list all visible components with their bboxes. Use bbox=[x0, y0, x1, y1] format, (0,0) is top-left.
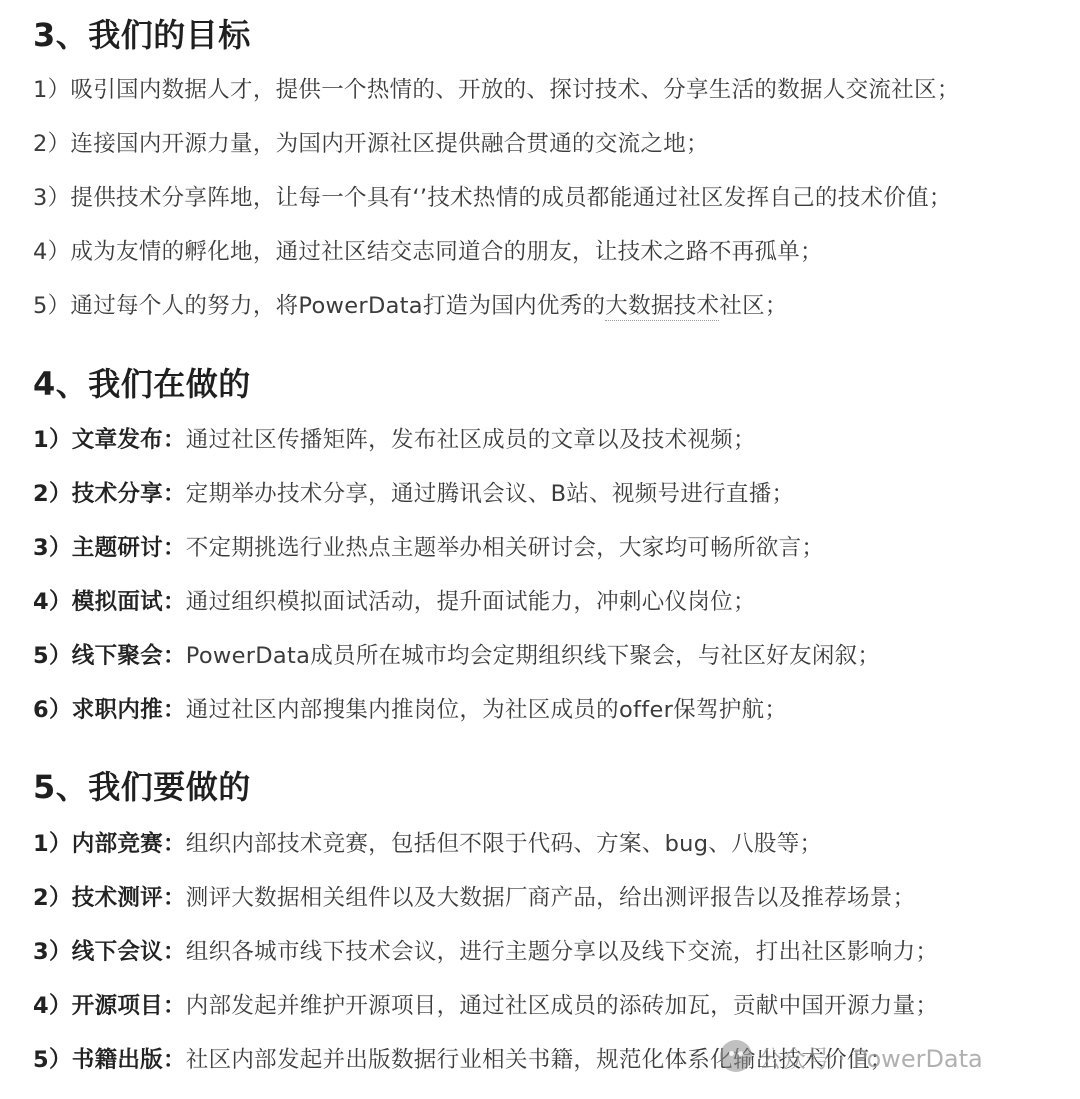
item-colon: ： bbox=[163, 643, 186, 669]
list-item: 5）线下聚会：PowerData成员所在城市均会定期组织线下聚会，与社区好友闲叙… bbox=[33, 629, 880, 683]
item-text: 连接国内开源力量，为国内开源社区提供融合贯通的交流之地； bbox=[70, 131, 708, 157]
item-number: 3） bbox=[33, 185, 70, 211]
list-item: 6）求职内推：通过社区内部搜集内推岗位，为社区成员的offer保驾护航； bbox=[33, 683, 880, 737]
keyword-link-big-data-tech[interactable]: 大数据技术 bbox=[605, 293, 719, 321]
item-number: 5） bbox=[33, 1047, 72, 1073]
item-number: 4） bbox=[33, 993, 72, 1019]
list-item: 4）开源项目：内部发起并维护开源项目，通过社区成员的添砖加瓦，贡献中国开源力量； bbox=[33, 979, 938, 1033]
item-number: 1） bbox=[33, 77, 70, 103]
list-item: 2）技术测评：测评大数据相关组件以及大数据厂商产品，给出测评报告以及推荐场景； bbox=[33, 871, 938, 925]
item-label: 线下会议 bbox=[72, 939, 163, 965]
item-text: 通过每个人的努力，将PowerData打造为国内优秀的 bbox=[70, 293, 605, 319]
item-text: 组织各城市线下技术会议，进行主题分享以及线下交流，打出社区影响力； bbox=[186, 939, 938, 965]
item-number: 2） bbox=[33, 481, 72, 507]
list-item: 1）吸引国内数据人才，提供一个热情的、开放的、探讨技术、分享生活的数据人交流社区… bbox=[33, 63, 960, 117]
item-label: 技术分享 bbox=[72, 481, 163, 507]
list-item: 3）线下会议：组织各城市线下技术会议，进行主题分享以及线下交流，打出社区影响力； bbox=[33, 925, 938, 979]
item-text: 通过组织模拟面试活动，提升面试能力，冲刺心仪岗位； bbox=[186, 589, 756, 615]
item-colon: ： bbox=[163, 939, 186, 965]
list-item: 5）书籍出版：社区内部发起并出版数据行业相关书籍，规范化体系化输出技术价值； bbox=[33, 1033, 938, 1087]
item-colon: ： bbox=[163, 697, 186, 723]
item-colon: ： bbox=[163, 885, 186, 911]
item-label: 技术测评 bbox=[72, 885, 163, 911]
list-item: 3）主题研讨：不定期挑选行业热点主题举办相关研讨会，大家均可畅所欲言； bbox=[33, 521, 880, 575]
item-colon: ： bbox=[163, 535, 186, 561]
item-text: 定期举办技术分享，通过腾讯会议、B站、视频号进行直播； bbox=[186, 481, 795, 507]
item-number: 3） bbox=[33, 939, 72, 965]
item-text: 吸引国内数据人才，提供一个热情的、开放的、探讨技术、分享生活的数据人交流社区； bbox=[70, 77, 959, 103]
section-title-plans: 5、我们要做的 bbox=[33, 767, 251, 807]
list-item: 2）技术分享：定期举办技术分享，通过腾讯会议、B站、视频号进行直播； bbox=[33, 467, 880, 521]
doing-list: 1）文章发布：通过社区传播矩阵，发布社区成员的文章以及技术视频； 2）技术分享：… bbox=[33, 413, 880, 737]
item-text: 组织内部技术竞赛，包括但不限于代码、方案、bug、八股等； bbox=[186, 831, 823, 857]
plans-list: 1）内部竞赛：组织内部技术竞赛，包括但不限于代码、方案、bug、八股等； 2）技… bbox=[33, 817, 938, 1087]
item-label: 模拟面试 bbox=[72, 589, 163, 615]
item-label: 线下聚会 bbox=[72, 643, 163, 669]
list-item: 4）成为友情的孵化地，通过社区结交志同道合的朋友，让技术之路不再孤单； bbox=[33, 225, 960, 279]
item-colon: ： bbox=[163, 427, 186, 453]
list-item: 1）内部竞赛：组织内部技术竞赛，包括但不限于代码、方案、bug、八股等； bbox=[33, 817, 938, 871]
item-label: 内部竞赛 bbox=[72, 831, 163, 857]
item-number: 1） bbox=[33, 427, 72, 453]
list-item: 2）连接国内开源力量，为国内开源社区提供融合贯通的交流之地； bbox=[33, 117, 960, 171]
item-text: 内部发起并维护开源项目，通过社区成员的添砖加瓦，贡献中国开源力量； bbox=[186, 993, 938, 1019]
item-text: 社区内部发起并出版数据行业相关书籍，规范化体系化输出技术价值； bbox=[186, 1047, 893, 1073]
item-text: 通过社区内部搜集内推岗位，为社区成员的offer保驾护航； bbox=[186, 697, 787, 723]
section-title-goals: 3、我们的目标 bbox=[33, 15, 251, 55]
item-text: PowerData成员所在城市均会定期组织线下聚会，与社区好友闲叙； bbox=[186, 643, 880, 669]
item-label: 主题研讨 bbox=[72, 535, 163, 561]
item-number: 4） bbox=[33, 589, 72, 615]
item-label: 求职内推 bbox=[72, 697, 163, 723]
item-colon: ： bbox=[163, 589, 186, 615]
item-number: 3） bbox=[33, 535, 72, 561]
item-label: 文章发布 bbox=[72, 427, 163, 453]
item-label: 开源项目 bbox=[72, 993, 163, 1019]
item-colon: ： bbox=[163, 831, 186, 857]
item-number: 5） bbox=[33, 643, 72, 669]
item-label: 书籍出版 bbox=[72, 1047, 163, 1073]
list-item: 5）通过每个人的努力，将PowerData打造为国内优秀的大数据技术社区； bbox=[33, 279, 960, 333]
item-number: 1） bbox=[33, 831, 72, 857]
item-text: 测评大数据相关组件以及大数据厂商产品，给出测评报告以及推荐场景； bbox=[186, 885, 916, 911]
item-colon: ： bbox=[163, 481, 186, 507]
list-item: 3）提供技术分享阵地，让每一个具有‘’技术热情的成员都能通过社区发挥自己的技术价… bbox=[33, 171, 960, 225]
item-colon: ： bbox=[163, 1047, 186, 1073]
item-text: 社区； bbox=[719, 293, 787, 319]
list-item: 4）模拟面试：通过组织模拟面试活动，提升面试能力，冲刺心仪岗位； bbox=[33, 575, 880, 629]
list-item: 1）文章发布：通过社区传播矩阵，发布社区成员的文章以及技术视频； bbox=[33, 413, 880, 467]
item-number: 5） bbox=[33, 293, 70, 319]
item-text: 不定期挑选行业热点主题举办相关研讨会，大家均可畅所欲言； bbox=[186, 535, 824, 561]
item-number: 6） bbox=[33, 697, 72, 723]
item-text: 成为友情的孵化地，通过社区结交志同道合的朋友，让技术之路不再孤单； bbox=[70, 239, 822, 265]
goals-list: 1）吸引国内数据人才，提供一个热情的、开放的、探讨技术、分享生活的数据人交流社区… bbox=[33, 63, 960, 333]
item-number: 4） bbox=[33, 239, 70, 265]
item-number: 2） bbox=[33, 885, 72, 911]
item-number: 2） bbox=[33, 131, 70, 157]
section-title-doing: 4、我们在做的 bbox=[33, 364, 251, 404]
item-colon: ： bbox=[163, 993, 186, 1019]
item-text: 提供技术分享阵地，让每一个具有‘’技术热情的成员都能通过社区发挥自己的技术价值； bbox=[70, 185, 951, 211]
item-text: 通过社区传播矩阵，发布社区成员的文章以及技术视频； bbox=[186, 427, 756, 453]
